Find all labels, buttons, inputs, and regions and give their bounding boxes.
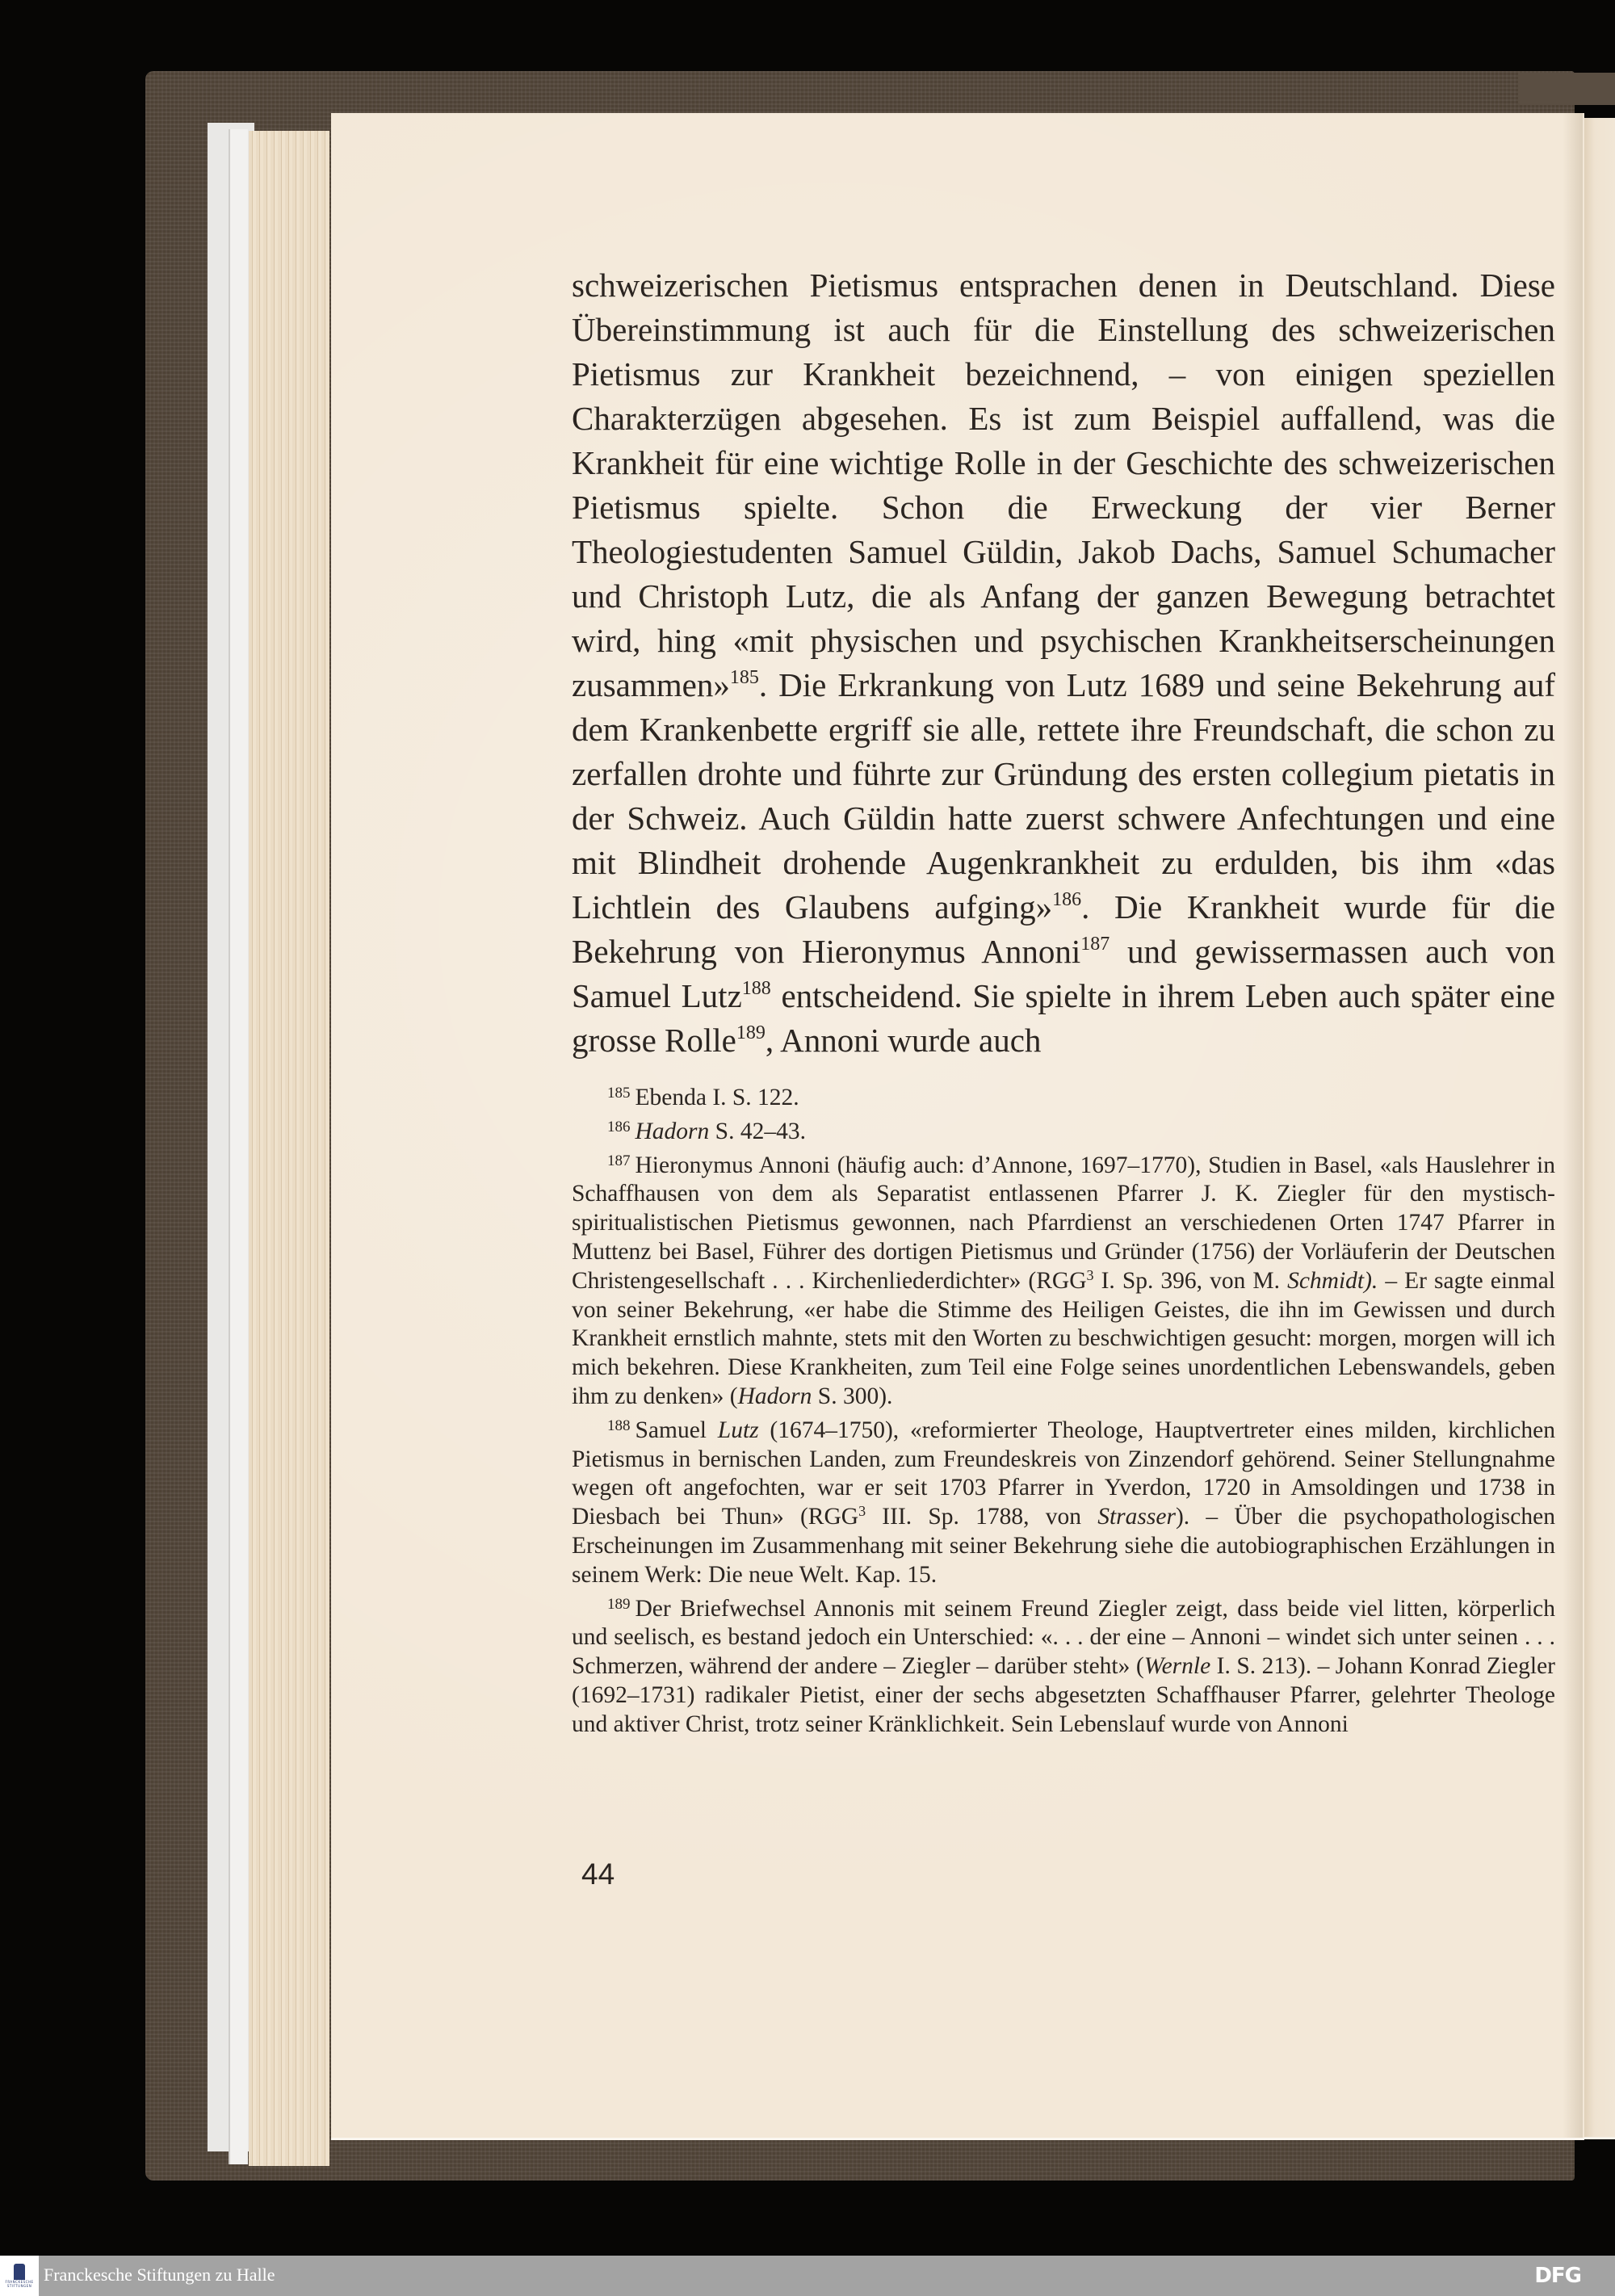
footnote-number: 186 [607,1119,631,1135]
footnote-186: 186Hadorn S. 42–43. [572,1113,1555,1147]
footnote-189: 189Der Briefwechsel Annonis mit seinem F… [572,1590,1555,1740]
page-text: schweizerischen Pietismus entsprachen de… [572,263,1555,1740]
dfg-logo: DFG [1534,2264,1581,2288]
book-cover-edge [1518,73,1615,105]
footnote-number: 188 [607,1417,631,1434]
footnote-ref-186[interactable]: 186 [1052,889,1081,910]
gutter-shadow [1563,113,1583,2138]
footnote-ref-185[interactable]: 185 [730,667,759,688]
footnote-ref-188[interactable]: 188 [742,978,771,999]
footnote-ref-189[interactable]: 189 [736,1022,766,1043]
footnote-ref-187[interactable]: 187 [1080,934,1110,955]
facing-page-edge [1581,118,1615,2139]
viewer-footer: FRANCKESCHE STIFTUNGEN Franckesche Stift… [0,2256,1615,2296]
franckesche-logo-icon: FRANCKESCHE STIFTUNGEN [0,2256,39,2296]
footnote-187: 187Hieronymus Annoni (häufig auch: d’Ann… [572,1147,1555,1412]
footnote-number: 189 [607,1596,631,1613]
body-paragraph: schweizerischen Pietismus entsprachen de… [572,263,1555,1063]
footnotes: 185Ebenda I. S. 122.186Hadorn S. 42–43.1… [572,1079,1555,1740]
page-number: 44 [581,1857,615,1891]
footnote-188: 188Samuel Lutz (1674–1750), «reformierte… [572,1412,1555,1590]
endpaper-fold [229,129,248,2164]
footnote-number: 187 [607,1152,631,1169]
institution-name: Franckesche Stiftungen zu Halle [44,2265,275,2286]
orphan-figure-icon [14,2264,25,2280]
footnote-185: 185Ebenda I. S. 122. [572,1079,1555,1113]
footnote-number: 185 [607,1085,631,1102]
page-stack-edges [249,131,329,2166]
